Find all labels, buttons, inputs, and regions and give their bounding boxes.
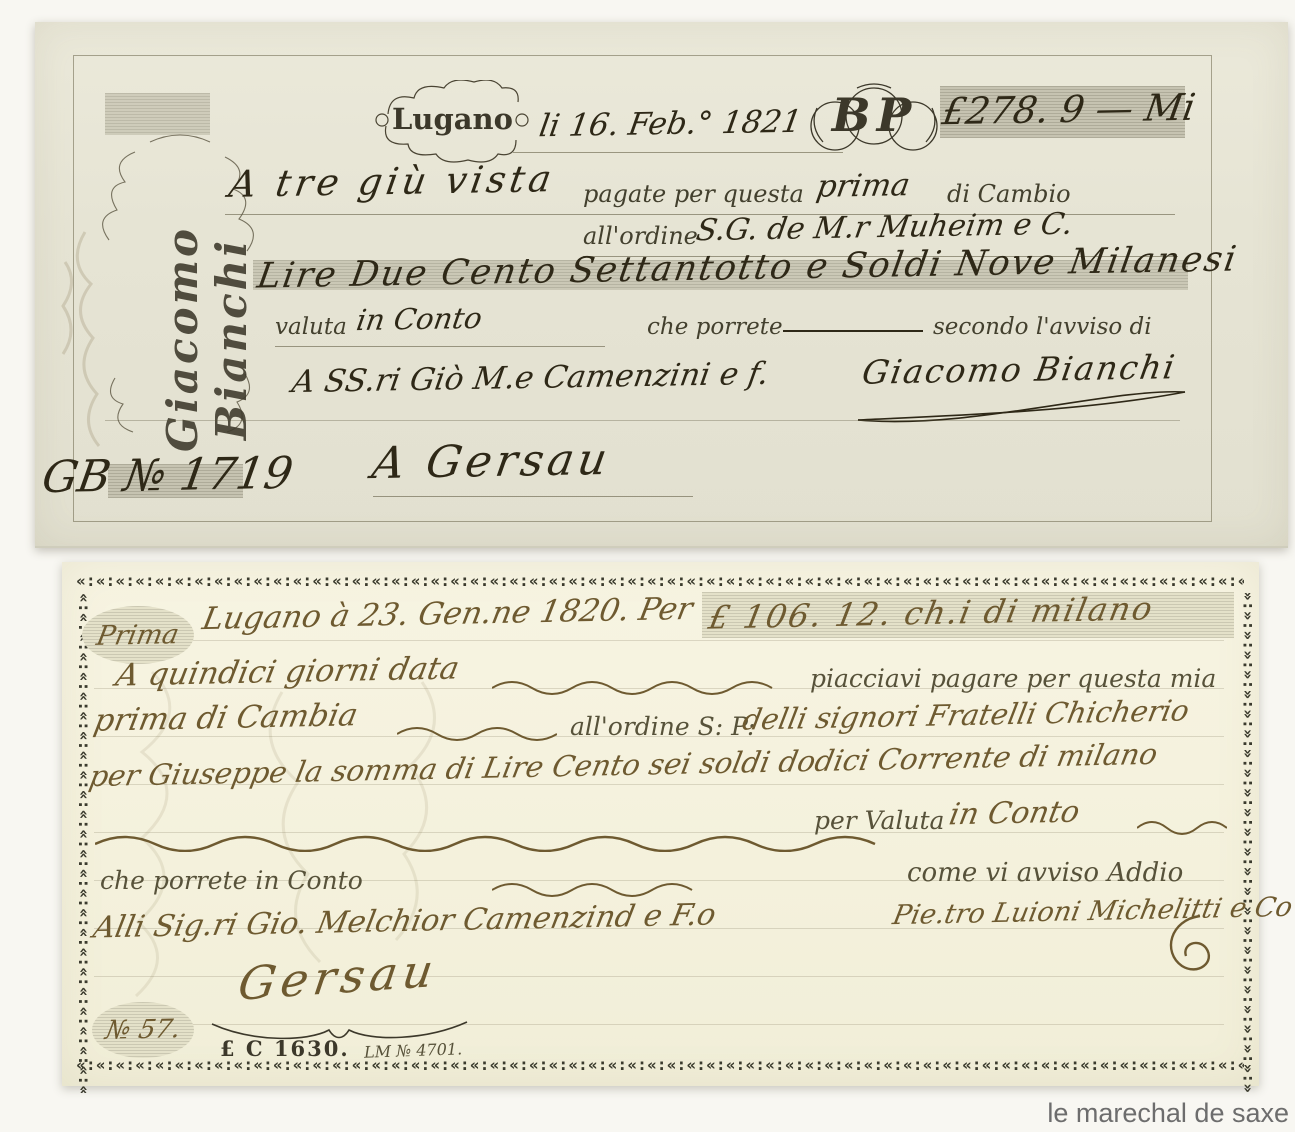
bp-monogram: BP — [807, 88, 942, 142]
bill2-squiggle-3 — [1137, 814, 1227, 836]
garland-border-left: «:«:«:«:«:«:«:«:«:«:«:«:«:«:«:«:«:«:«:«:… — [73, 593, 95, 1093]
bill2-signature: Pie.tro Luioni Michelitti e Co — [890, 892, 1295, 931]
bill1-printed-di-cambio: di Cambio — [947, 180, 1071, 208]
garland-border-top: «:«:«:«:«:«:«:«:«:«:«:«:«:«:«:«:«:«:«:«:… — [76, 570, 1244, 592]
bill1-hatch-block-top — [105, 93, 210, 135]
bill1-term: A tre giù vista — [226, 157, 558, 206]
bill1-place-text: Lugano — [392, 102, 513, 136]
bill2-printed-piacciavi: piacciavi pagare per questa mia — [810, 664, 1216, 693]
bill2-plate-number-a: £ C 1630. — [220, 1036, 350, 1061]
bill1-amount-figures: £278. 9 — Mi — [939, 86, 1198, 133]
bill2-prima-text: Prima — [94, 619, 182, 652]
bill1-printed-allordine: all'ordine — [583, 222, 698, 250]
bill1-printed-secondo: secondo l'avviso di — [933, 314, 1152, 340]
bill1-vertical-name-text: Giacomo Bianchi — [158, 226, 256, 452]
bill1-line5-rule — [105, 420, 1180, 421]
bill2-printed-come-vi-avviso: come vi avviso Addio — [907, 858, 1183, 888]
bill1-filler-dash — [783, 330, 923, 332]
bill1-valuta-hw: in Conto — [354, 301, 484, 337]
bill2-ruling — [94, 640, 1224, 641]
bill1-place-cartouche: Lugano — [370, 102, 535, 136]
bill1-line4-rule-a — [275, 346, 605, 347]
bill2-signature-flourish — [1152, 912, 1222, 982]
bill1-date: li 16. Feb.° 1821 — [537, 104, 804, 145]
bill2-payee: delli signori Fratelli Chicherio — [740, 693, 1192, 736]
bill1-prima-hw: prima — [814, 167, 912, 205]
bill1-ghost-writing — [45, 222, 115, 482]
bill2-ghost-writing — [122, 652, 542, 1032]
bill2-valuta-hw: in Conto — [946, 795, 1082, 833]
bill1-destination-rule — [373, 496, 693, 497]
bill2-printed-allordine: all'ordine S: P: — [570, 712, 755, 741]
bill2-plate-number-b: LM № 4701. — [364, 1039, 463, 1061]
bill1-printed-pagate: pagate per questa — [583, 180, 804, 208]
bill1-signature-flourish — [850, 386, 1195, 428]
bill1-date-underline — [513, 152, 843, 153]
bill-of-exchange-1820: «:«:«:«:«:«:«:«:«:«:«:«:«:«:«:«:«:«:«:«:… — [62, 562, 1259, 1086]
bp-monogram-text: BP — [832, 88, 917, 142]
bill1-payee: S.G. de M.r Muheim e C. — [694, 207, 1076, 249]
bill2-dateline: Lugano à 23. Gen.ne 1820. Per — [200, 591, 696, 637]
bill1-destination: A Gersau — [369, 434, 615, 489]
seller-watermark: le marechal de saxe — [1047, 1098, 1289, 1129]
bill1-printed-valuta: valuta — [275, 314, 347, 340]
bill-of-exchange-1821: Giacomo Bianchi Lugano li 16. Feb.° 1821… — [35, 22, 1288, 548]
garland-border-right: «:«:«:«:«:«:«:«:«:«:«:«:«:«:«:«:«:«:«:«:… — [1236, 593, 1258, 1093]
bill1-printed-che-porrete: che porrete — [647, 314, 783, 340]
